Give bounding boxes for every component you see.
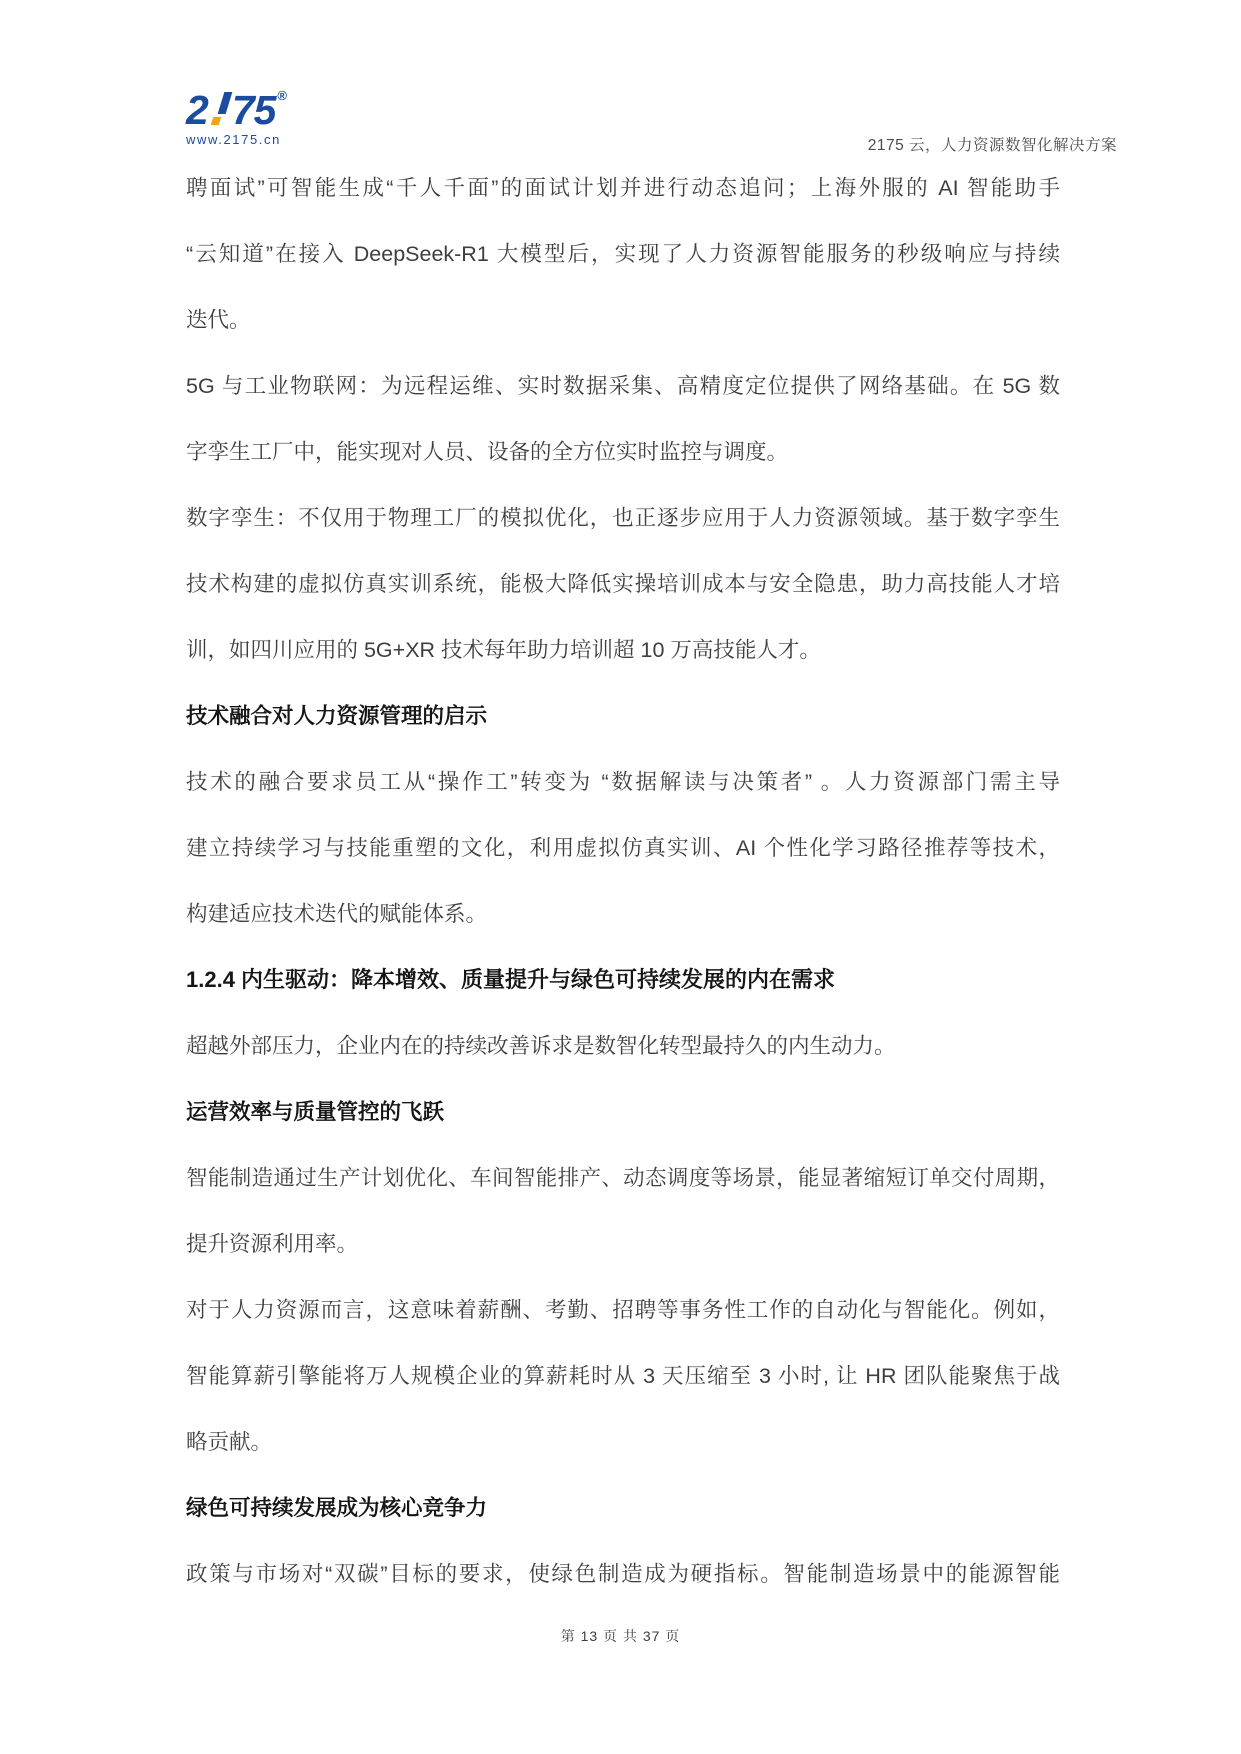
text-line: “云知道”在接入 DeepSeek-R1 大模型后，实现了人力资源智能服务的秒级… [186,221,1060,287]
subsection-heading: 运营效率与质量管控的飞跃 [186,1079,1060,1145]
page-footer: 第 13 页 共 37 页 [0,1626,1241,1646]
text-line: 迭代。 [186,287,1060,353]
text-line: 5G 与工业物联网：为远程运维、实时数据采集、高精度定位提供了网络基础。在 5G… [186,353,1060,419]
text-line: 技术构建的虚拟仿真实训系统，能极大降低实操培训成本与安全隐患，助力高技能人才培 [186,551,1060,617]
text-line: 聘面试”可智能生成“千人千面”的面试计划并进行动态追问；上海外服的 AI 智能助… [186,155,1060,221]
text-line: 略贡献。 [186,1409,1060,1475]
page-number: 第 13 页 共 37 页 [561,1628,681,1644]
subsection-heading: 绿色可持续发展成为核心竞争力 [186,1475,1060,1541]
logo-mark: 2 75 ® [186,90,286,130]
text-line: 政策与市场对“双碳”目标的要求，使绿色制造成为硬指标。智能制造场景中的能源智能 [186,1541,1060,1607]
document-body: 聘面试”可智能生成“千人千面”的面试计划并进行动态追问；上海外服的 AI 智能助… [186,155,1060,1607]
text-line: 建立持续学习与技能重塑的文化，利用虚拟仿真实训、AI 个性化学习路径推荐等技术， [186,815,1060,881]
section-heading: 1.2.4 内生驱动：降本增效、质量提升与绿色可持续发展的内在需求 [186,947,1060,1013]
logo-website: www.2175.cn [186,132,286,147]
text-line: 智能制造通过生产计划优化、车间智能排产、动态调度等场景，能显著缩短订单交付周期， [186,1145,1060,1211]
text-line: 超越外部压力，企业内在的持续改善诉求是数智化转型最持久的内生动力。 [186,1013,1060,1079]
logo-digit-2: 2 [186,90,208,130]
text-line: 提升资源利用率。 [186,1211,1060,1277]
header-doc-title: 2175 云，人力资源数智化解决方案 [868,133,1117,155]
text-line: 构建适应技术迭代的赋能体系。 [186,881,1060,947]
text-line: 技术的融合要求员工从“操作工”转变为 “数据解读与决策者” 。人力资源部门需主导 [186,749,1060,815]
company-logo: 2 75 ® www.2175.cn [186,90,286,147]
logo-digits-75: 75 [232,90,276,130]
registered-trademark-icon: ® [277,89,286,102]
subsection-heading: 技术融合对人力资源管理的启示 [186,683,1060,749]
text-line: 数字孪生：不仅用于物理工厂的模拟优化，也正逐步应用于人力资源领域。基于数字孪生 [186,485,1060,551]
logo-slash-icon [212,90,229,128]
text-line: 智能算薪引擎能将万人规模企业的算薪耗时从 3 天压缩至 3 小时, 让 HR 团… [186,1343,1060,1409]
text-line: 训，如四川应用的 5G+XR 技术每年助力培训超 10 万高技能人才。 [186,617,1060,683]
document-page: 2 75 ® www.2175.cn 2175 云，人力资源数智化解决方案 聘面… [0,0,1241,1754]
text-line: 对于人力资源而言，这意味着薪酬、考勤、招聘等事务性工作的自动化与智能化。例如， [186,1277,1060,1343]
text-line: 字孪生工厂中，能实现对人员、设备的全方位实时监控与调度。 [186,419,1060,485]
